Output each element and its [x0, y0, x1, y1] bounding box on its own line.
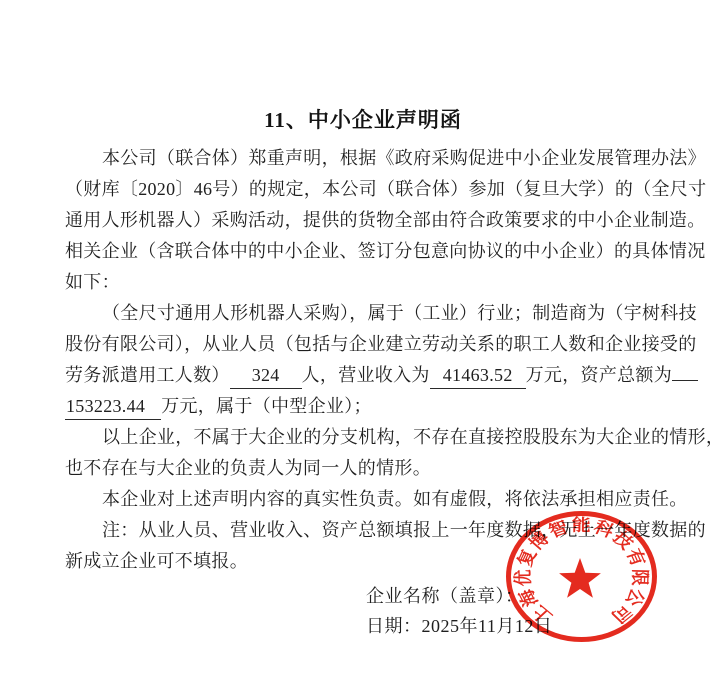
- document-page: 11、中小企业声明函 本公司（联合体）郑重声明，根据《政府采购促进中小企业发展管…: [0, 0, 726, 675]
- signature-block: 企业名称（盖章）： 日期：2025年11月12日: [366, 581, 552, 641]
- blank-underline: [672, 380, 698, 381]
- document-line: 相关企业（含联合体中的中小企业、签订分包意向协议的中小企业）的具体情况: [65, 236, 683, 267]
- document-line: 也不存在与大企业的负责人为同一人的情形。: [65, 453, 683, 484]
- fill-line-mid: 人，营业收入为: [302, 365, 430, 385]
- document-line: 通用人形机器人）采购活动，提供的货物全部由符合政策要求的中小企业制造。: [65, 205, 683, 236]
- document-line: （财库〔2020〕46号）的规定，本公司（联合体）参加（复旦大学）的（全尺寸: [65, 174, 683, 205]
- employees-value: 324: [230, 362, 302, 389]
- fill-line-suffix: 万元，属于（中型企业）；: [161, 396, 372, 416]
- fill-line-prefix: 劳务派遣用工人数）: [65, 365, 230, 385]
- document-line-fill-in: 劳务派遣用工人数）324人，营业收入为41463.52万元，资产总额为: [65, 360, 683, 391]
- date-line: 日期：2025年11月12日: [366, 611, 552, 641]
- document-note-line: 注：从业人员、营业收入、资产总额填报上一年度数据，无上一年度数据的: [65, 515, 683, 546]
- assets-value: 153223.44: [65, 393, 161, 420]
- fill-line-mid: 万元，资产总额为: [526, 365, 672, 385]
- document-line: 股份有限公司），从业人员（包括与企业建立劳动关系的职工人数和企业接受的: [65, 329, 683, 360]
- date-value: 2025年11月12日: [422, 616, 553, 636]
- document-line-fill-in: 153223.44万元，属于（中型企业）；: [65, 391, 683, 422]
- company-seal-label: 企业名称（盖章）：: [366, 581, 552, 611]
- document-line: （全尺寸通用人形机器人采购），属于（工业）行业；制造商为（宇树科技: [65, 298, 683, 329]
- document-line: 本企业对上述声明内容的真实性负责。如有虚假，将依法承担相应责任。: [65, 484, 683, 515]
- document-body: 本公司（联合体）郑重声明，根据《政府采购促进中小企业发展管理办法》 （财库〔20…: [65, 143, 683, 577]
- document-line: 以上企业，不属于大企业的分支机构，不存在直接控股股东为大企业的情形，: [65, 422, 683, 453]
- document-title: 11、中小企业声明函: [0, 104, 726, 134]
- date-label: 日期：: [366, 616, 422, 636]
- document-line: 如下：: [65, 267, 683, 298]
- revenue-value: 41463.52: [430, 362, 526, 389]
- document-line: 本公司（联合体）郑重声明，根据《政府采购促进中小企业发展管理办法》: [65, 143, 683, 174]
- document-note-line: 新成立企业可不填报。: [65, 546, 683, 577]
